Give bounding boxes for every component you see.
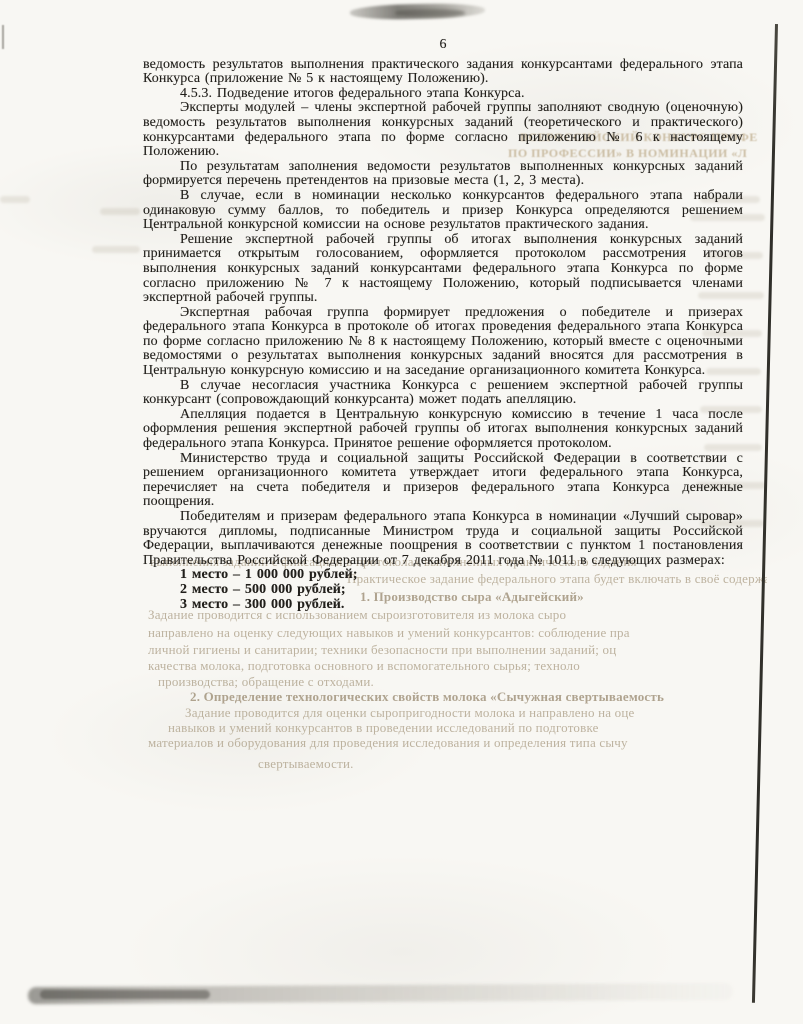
prize-item-2: 2 место – 500 000 рублей; [143, 583, 743, 598]
ghost-text-line: навыков и умений конкурсантов в проведен… [168, 720, 599, 736]
ghost-text-line: направлено на оценку следующих навыков и… [148, 625, 630, 641]
paragraph-continuation: ведомость результатов выполнения практич… [143, 58, 743, 87]
paragraph: Решение экспертной рабочей группы об ито… [143, 233, 743, 306]
paragraph: Победителям и призерам федерального этап… [143, 510, 743, 568]
paragraph: Эксперты модулей – члены экспертной рабо… [143, 101, 743, 159]
paragraph: В случае, если в номинации несколько кон… [143, 189, 743, 233]
paragraph: Экспертная рабочая группа формирует пред… [143, 306, 743, 379]
ghost-smudge [0, 196, 30, 203]
ghost-text-line: личной гигиены и санитарии; техники безо… [148, 642, 616, 658]
prize-list: 1 место – 1 000 000 рублей; 2 место – 50… [143, 568, 743, 612]
scanned-document-page: ВСЕРОССИЙСКИЙ КОНКУРС ПРОФЕ ПО ПРОФЕССИИ… [0, 0, 803, 1024]
document-body: 6 ведомость результатов выполнения практ… [143, 38, 743, 612]
ghost-text-line: свертываемости. [258, 756, 354, 772]
ghost-text-line: производства; обращение с отходами. [158, 674, 374, 690]
prize-item-3: 3 место – 300 000 рублей. [143, 598, 743, 613]
paragraph: По результатам заполнения ведомости резу… [143, 160, 743, 189]
ghost-text-line: материалов и оборудования для проведения… [148, 735, 628, 751]
ghost-text-line: 2. Определение технологических свойств м… [190, 689, 664, 705]
ghost-smudge [92, 246, 140, 253]
paragraph: Министерство труда и социальной защиты Р… [143, 452, 743, 510]
paragraph: Апелляция подается в Центральную конкурс… [143, 408, 743, 452]
ghost-text-line: качества молока, подготовка основного и … [148, 658, 580, 674]
ghost-smudge [100, 208, 140, 215]
prize-item-1: 1 место – 1 000 000 рублей; [143, 568, 743, 583]
paragraph: В случае несогласия участника Конкурса с… [143, 379, 743, 408]
ghost-text-line: Задание проводится для оценки сыропригод… [185, 705, 635, 721]
page-number: 6 [143, 38, 743, 53]
